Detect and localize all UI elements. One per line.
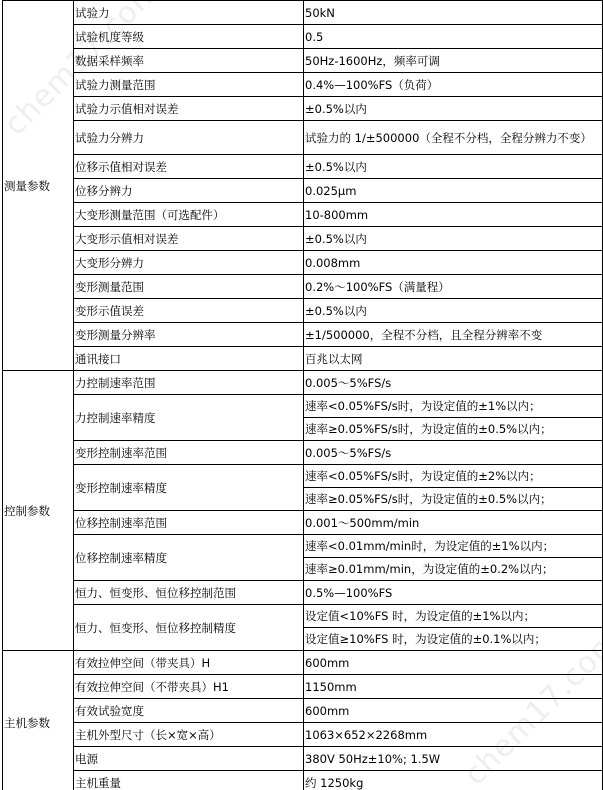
param-value: 速率<0.01mm/min时，为设定值的±1%以内； [304, 535, 603, 558]
param-name: 恒力、恒变形、恒位移控制范围 [74, 581, 304, 605]
param-value: 50Hz-1600Hz，频率可调 [304, 49, 603, 73]
param-value: 0.025μm [304, 179, 603, 203]
param-name: 电源 [74, 747, 304, 771]
table-row: 位移分辨力 0.025μm [3, 179, 603, 203]
spec-table: 测量参数 试验力 50kN 试验机度等级 0.5 数据采样频率 50Hz-160… [2, 0, 603, 790]
group-label-mainframe: 主机参数 [3, 651, 74, 790]
group-label-control: 控制参数 [3, 371, 74, 651]
param-name: 试验力测量范围 [74, 73, 304, 97]
table-row: 测量参数 试验力 50kN [3, 1, 603, 25]
param-name: 位移示值相对误差 [74, 155, 304, 179]
param-value: 0.2%～100%FS（满量程） [304, 275, 603, 299]
param-name: 有效拉伸空间（不带夹具）H1 [74, 675, 304, 699]
table-row: 试验机度等级 0.5 [3, 25, 603, 49]
table-row: 主机重量 约 1250kg [3, 771, 603, 790]
table-row: 试验力示值相对误差 ±0.5%以内 [3, 97, 603, 121]
param-name: 有效拉伸空间（带夹具）H [74, 651, 304, 675]
param-value: 设定值≥10%FS 时，为设定值的±0.1%以内； [304, 628, 603, 651]
param-name: 有效试验宽度 [74, 699, 304, 723]
param-value: 0.005～5%FS/s [304, 441, 603, 465]
table-row: 位移控制速率精度 速率<0.01mm/min时，为设定值的±1%以内； [3, 535, 603, 558]
table-row: 变形示值误差 ±0.5%以内 [3, 299, 603, 323]
param-name: 力控制速率范围 [74, 371, 304, 395]
table-row: 主机参数 有效拉伸空间（带夹具）H 600mm [3, 651, 603, 675]
table-row: 电源 380V 50Hz±10%; 1.5W [3, 747, 603, 771]
param-value: 0.5 [304, 25, 603, 49]
param-name: 位移控制速率范围 [74, 511, 304, 535]
table-row: 主机外型尺寸（长×宽×高） 1063×652×2268mm [3, 723, 603, 747]
param-value: 50kN [304, 1, 603, 25]
param-value: 10-800mm [304, 203, 603, 227]
table-row: 有效拉伸空间（不带夹具）H1 1150mm [3, 675, 603, 699]
param-value: 380V 50Hz±10%; 1.5W [304, 747, 603, 771]
table-row: 变形控制速率范围 0.005～5%FS/s [3, 441, 603, 465]
param-value: 600mm [304, 651, 603, 675]
param-value: ±1/500000，全程不分档，且全程分辨率不变 [304, 323, 603, 347]
table-row: 位移控制速率范围 0.001～500mm/min [3, 511, 603, 535]
param-name: 变形控制速率范围 [74, 441, 304, 465]
param-value: 速率<0.05%FS/s时，为设定值的±2%以内； [304, 465, 603, 488]
table-row: 有效试验宽度 600mm [3, 699, 603, 723]
param-value: 百兆以太网 [304, 347, 603, 371]
param-name: 通讯接口 [74, 347, 304, 371]
table-row: 试验力测量范围 0.4%—100%FS（负荷） [3, 73, 603, 97]
param-name: 试验力示值相对误差 [74, 97, 304, 121]
param-name: 变形测量分辨率 [74, 323, 304, 347]
table-row: 恒力、恒变形、恒位移控制精度 设定值<10%FS 时，为设定值的±1%以内； [3, 605, 603, 628]
param-name: 力控制速率精度 [74, 395, 304, 441]
param-name: 位移分辨力 [74, 179, 304, 203]
param-value: 0.5%—100%FS [304, 581, 603, 605]
param-value: ±0.5%以内 [304, 155, 603, 179]
table-row: 变形测量分辨率 ±1/500000，全程不分档，且全程分辨率不变 [3, 323, 603, 347]
param-name: 变形控制速率精度 [74, 465, 304, 511]
table-row: 力控制速率精度 速率<0.05%FS/s时，为设定值的±1%以内； [3, 395, 603, 418]
table-row: 大变形分辨力 0.008mm [3, 251, 603, 275]
param-value: 600mm [304, 699, 603, 723]
param-name: 位移控制速率精度 [74, 535, 304, 581]
param-value: ±0.5%以内 [304, 299, 603, 323]
param-value: 0.005～5%FS/s [304, 371, 603, 395]
table-row: 位移示值相对误差 ±0.5%以内 [3, 155, 603, 179]
param-value: 1063×652×2268mm [304, 723, 603, 747]
param-value: 试验力的 1/±500000（全程不分档，全程分辨力不变） [304, 121, 603, 155]
param-value: 0.008mm [304, 251, 603, 275]
param-name: 变形示值误差 [74, 299, 304, 323]
param-value: ±0.5%以内 [304, 227, 603, 251]
table-row: 试验力分辨力 试验力的 1/±500000（全程不分档，全程分辨力不变） [3, 121, 603, 155]
param-name: 大变形测量范围（可选配件） [74, 203, 304, 227]
table-row: 变形控制速率精度 速率<0.05%FS/s时，为设定值的±2%以内； [3, 465, 603, 488]
param-name: 试验机度等级 [74, 25, 304, 49]
param-value: 速率≥0.01mm/min，为设定值的±0.2%以内； [304, 558, 603, 581]
param-name: 大变形分辨力 [74, 251, 304, 275]
param-value: 约 1250kg [304, 771, 603, 790]
param-value: 速率≥0.05%FS/s时，为设定值的±0.5%以内； [304, 418, 603, 441]
table-row: 变形测量范围 0.2%～100%FS（满量程） [3, 275, 603, 299]
param-value: ±0.5%以内 [304, 97, 603, 121]
param-value: 速率<0.05%FS/s时，为设定值的±1%以内； [304, 395, 603, 418]
param-value: 0.001～500mm/min [304, 511, 603, 535]
param-value: 1150mm [304, 675, 603, 699]
param-name: 变形测量范围 [74, 275, 304, 299]
group-label-measurement: 测量参数 [3, 1, 74, 371]
param-value: 0.4%—100%FS（负荷） [304, 73, 603, 97]
param-name: 试验力 [74, 1, 304, 25]
param-name: 主机重量 [74, 771, 304, 790]
table-row: 恒力、恒变形、恒位移控制范围 0.5%—100%FS [3, 581, 603, 605]
param-value: 速率≥0.05%FS/s时，为设定值的±0.5%以内； [304, 488, 603, 511]
table-row: 大变形示值相对误差 ±0.5%以内 [3, 227, 603, 251]
param-name: 大变形示值相对误差 [74, 227, 304, 251]
table-row: 数据采样频率 50Hz-1600Hz，频率可调 [3, 49, 603, 73]
param-value: 设定值<10%FS 时，为设定值的±1%以内； [304, 605, 603, 628]
param-name: 主机外型尺寸（长×宽×高） [74, 723, 304, 747]
param-name: 恒力、恒变形、恒位移控制精度 [74, 605, 304, 651]
param-name: 试验力分辨力 [74, 121, 304, 155]
param-name: 数据采样频率 [74, 49, 304, 73]
table-row: 通讯接口 百兆以太网 [3, 347, 603, 371]
table-row: 控制参数 力控制速率范围 0.005～5%FS/s [3, 371, 603, 395]
table-row: 大变形测量范围（可选配件） 10-800mm [3, 203, 603, 227]
